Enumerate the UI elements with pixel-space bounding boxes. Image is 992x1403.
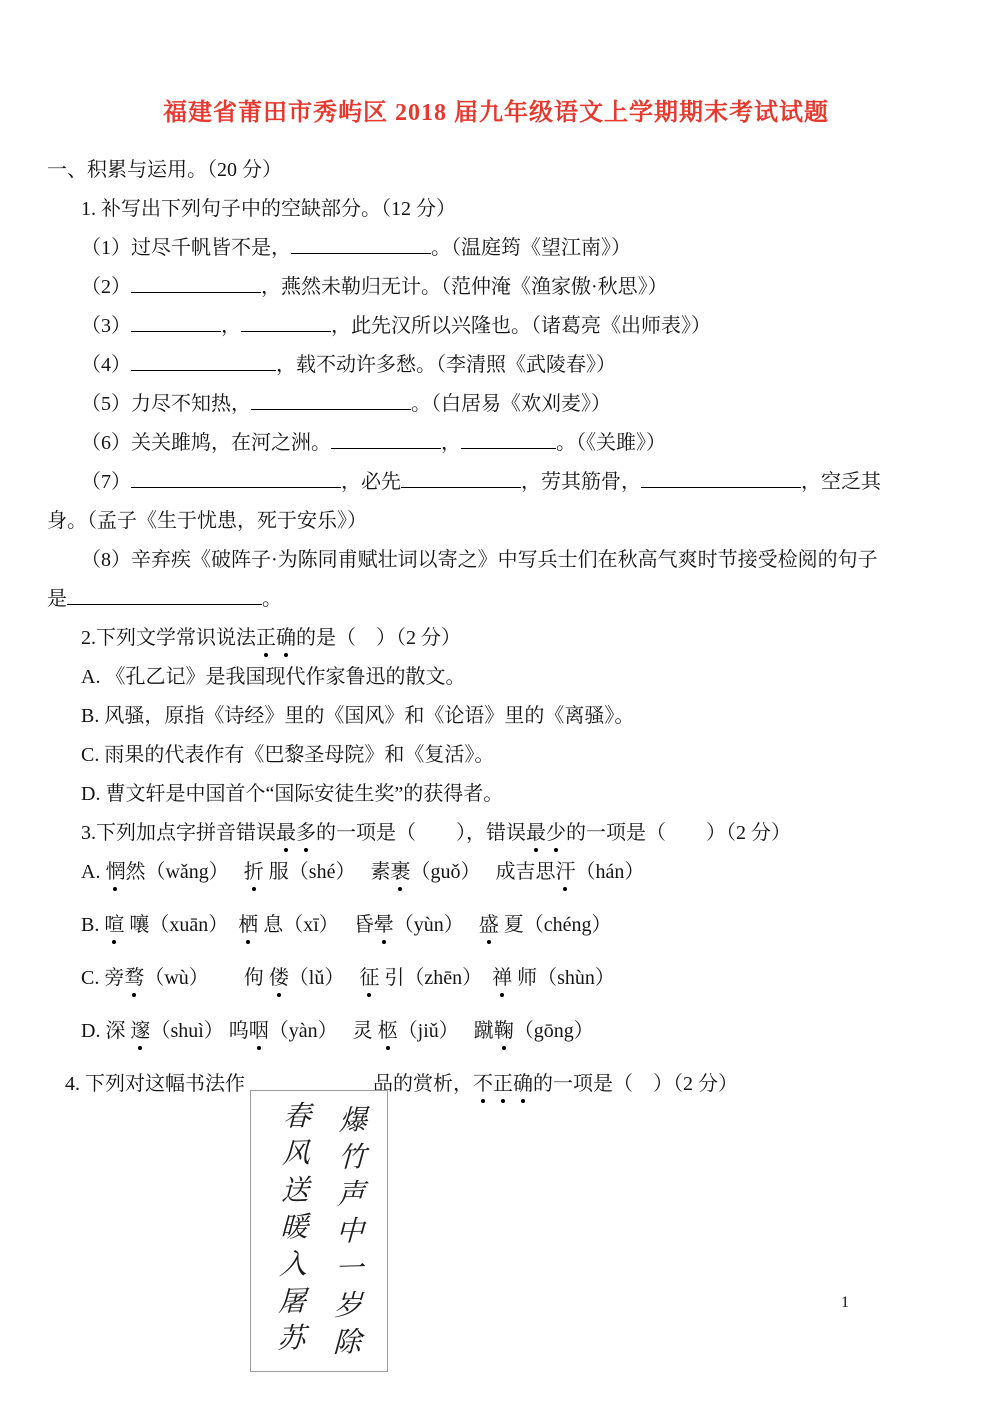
- text-run: （jiǔ） 蹴: [398, 1020, 494, 1042]
- q1-item-6: （6）关关雎鸠，在河之洲。，。（《关雎》）: [47, 424, 946, 463]
- text-run: 夏（chéng）: [499, 914, 612, 936]
- emphasized-char: 最: [276, 822, 296, 845]
- emphasized-char: 最: [526, 822, 546, 845]
- answer-blank[interactable]: [241, 310, 331, 332]
- emphasized-char: 多: [296, 822, 316, 845]
- emphasized-char: 确: [276, 627, 296, 650]
- text-run: （4）: [81, 354, 131, 376]
- q1-item-7-continuation: 身。（孟子《生于忧患，死于安乐》）: [47, 502, 946, 541]
- emphasized-char: 骛: [124, 967, 144, 990]
- text-run: D. 深: [81, 1020, 130, 1042]
- text-run: 3.下列加点字拼音错误: [81, 822, 276, 844]
- emphasized-char: 惘: [105, 861, 125, 884]
- q2-option-a: A. 《孔乙记》是我国现代作家鲁迅的散文。: [47, 658, 946, 697]
- text-run: B. 风骚，原指《诗经》里的《国风》和《论语》里的《离骚》。: [81, 705, 634, 727]
- emphasized-char: 盛: [479, 914, 499, 937]
- text-run: ，: [221, 315, 241, 337]
- q3-prompt: 3.下列加点字拼音错误最多的一项是（ ），错误最少的一项是（ ）（2 分）: [47, 814, 946, 853]
- text-run: 。（白居易《欢刈麦》）: [411, 393, 611, 415]
- q1-item-8: （8）辛弃疾《破阵子·为陈同甫赋壮词以寄之》中写兵士们在秋高气爽时节接受检阅的句…: [47, 541, 946, 580]
- text-run: 服（shé） 素: [264, 861, 391, 883]
- text-run: 是: [47, 588, 67, 610]
- emphasized-char: 汗: [555, 861, 575, 884]
- emphasized-char: 裹: [390, 861, 410, 884]
- text-run: ，空乏其: [801, 471, 881, 493]
- text-run: 息（xī） 昏: [258, 914, 374, 936]
- text-run: C. 雨果的代表作有《巴黎圣母院》和《复活》。: [81, 744, 494, 766]
- page-title: 福建省莆田市秀屿区 2018 届九年级语文上学期期末考试试题: [0, 0, 992, 127]
- emphasized-char: 栖: [238, 914, 258, 937]
- q4-prompt: 4. 下列对这幅书法作品的赏析，不正确的一项是（ ）（2 分）: [47, 1065, 946, 1104]
- text-run: （yàn） 灵: [269, 1020, 378, 1042]
- text-run: ，载不动许多愁。（李清照《武陵春》）: [276, 354, 616, 376]
- q1-item-5: （5）力尽不知热，。（白居易《欢刈麦》）: [47, 385, 946, 424]
- text-run: 的一项是（ ），错误: [316, 822, 526, 844]
- emphasized-char: 折: [244, 861, 264, 884]
- text-run: （hán）: [575, 861, 644, 883]
- text-run: 师（shùn）: [512, 967, 615, 989]
- exam-body: 一、积累与运用。（20 分）1. 补写出下列句子中的空缺部分。（12 分）（1）…: [47, 151, 946, 1104]
- answer-blank[interactable]: [131, 271, 261, 293]
- q2-option-d: D. 曹文轩是中国首个“国际安徒生奖”的获得者。: [47, 775, 946, 814]
- text-run: （8）辛弃疾《破阵子·为陈同甫赋壮词以寄之》中写兵士们在秋高气爽时节接受检阅的句…: [81, 549, 878, 571]
- page-number: 1: [841, 1293, 849, 1313]
- q1-item-2: （2），燕然未勒归无计。（范仲淹《渔家傲·秋思》）: [47, 268, 946, 307]
- q3-option-c: C. 旁骛（wù） 佝 偻（lǔ） 征 引（zhēn） 禅 师（shùn）: [47, 959, 946, 998]
- text-run: B.: [81, 914, 104, 936]
- q1-item-8-continuation: 是。: [47, 580, 946, 619]
- text-run: 。（《关雎》）: [556, 432, 666, 454]
- emphasized-char: 鞠: [494, 1020, 514, 1043]
- text-run: 。: [262, 588, 282, 610]
- emphasized-char: 确: [513, 1073, 533, 1096]
- q1-item-7: （7），必先，劳其筋骨，，空乏其: [47, 463, 946, 502]
- text-run: 1. 补写出下列句子中的空缺部分。（12 分）: [81, 198, 456, 220]
- section-1-heading: 一、积累与运用。（20 分）: [47, 151, 946, 190]
- text-run: ，燕然未勒归无计。（范仲淹《渔家傲·秋思》）: [261, 276, 668, 298]
- text-run: 品的赏析，: [373, 1073, 473, 1095]
- text-run: 的是（ ）（2 分）: [296, 627, 461, 649]
- emphasized-char: 正: [493, 1073, 513, 1096]
- q2-option-c: C. 雨果的代表作有《巴黎圣母院》和《复活》。: [47, 736, 946, 775]
- emphasized-char: 正: [256, 627, 276, 650]
- text-run: （6）关关雎鸠，在河之洲。: [81, 432, 331, 454]
- text-run: 的一项是（ ）（2 分）: [566, 822, 791, 844]
- text-run: 2.下列文学常识说法: [81, 627, 256, 649]
- text-run: （lǔ）: [289, 967, 360, 989]
- q1-prompt: 1. 补写出下列句子中的空缺部分。（12 分）: [47, 190, 946, 229]
- calligraphy-column-left: 春风送暖入屠苏: [267, 1100, 314, 1371]
- text-run: 一、积累与运用。（20 分）: [47, 159, 282, 181]
- text-run: 身。（孟子《生于忧患，死于安乐》）: [47, 510, 367, 532]
- text-run: 的一项是（ ）（2 分）: [533, 1073, 738, 1095]
- text-run: 然（wǎng）: [125, 861, 243, 883]
- emphasized-char: 喧: [104, 914, 124, 937]
- text-run: （3）: [81, 315, 131, 337]
- text-run: （gōng）: [514, 1020, 594, 1042]
- emphasized-char: 征: [359, 967, 379, 990]
- answer-blank[interactable]: [131, 349, 276, 371]
- q1-item-4: （4），载不动许多愁。（李清照《武陵春》）: [47, 346, 946, 385]
- emphasized-char: 咽: [249, 1020, 269, 1043]
- calligraphy-image: 爆竹声中一岁除 春风送暖入屠苏: [250, 1090, 388, 1372]
- q3-option-a: A. 惘然（wǎng） 折 服（shé） 素裹（guǒ） 成吉思汗（hán）: [47, 853, 946, 892]
- exam-page: 福建省莆田市秀屿区 2018 届九年级语文上学期期末考试试题 一、积累与运用。（…: [0, 0, 992, 1403]
- emphasized-char: 邃: [130, 1020, 150, 1043]
- emphasized-char: 禅: [492, 967, 512, 990]
- q3-option-d: D. 深 邃（shuì） 呜咽（yàn） 灵 柩（jiǔ） 蹴鞠（gōng）: [47, 1012, 946, 1051]
- text-run: ，必先: [341, 471, 401, 493]
- text-run: （wù） 佝: [144, 967, 268, 989]
- answer-blank[interactable]: [291, 232, 431, 254]
- answer-blank[interactable]: [67, 583, 262, 605]
- q2-option-b: B. 风骚，原指《诗经》里的《国风》和《论语》里的《离骚》。: [47, 697, 946, 736]
- text-run: （1）过尽千帆皆不是，: [81, 237, 291, 259]
- text-run: （5）力尽不知热，: [81, 393, 251, 415]
- emphasized-char: 偻: [269, 967, 289, 990]
- text-run: ，: [441, 432, 461, 454]
- text-run: （yùn）: [394, 914, 479, 936]
- answer-blank[interactable]: [331, 427, 441, 449]
- text-run: （2）: [81, 276, 131, 298]
- answer-blank[interactable]: [641, 466, 801, 488]
- text-run: ，此先汉所以兴隆也。（诸葛亮《出师表》）: [331, 315, 711, 337]
- answer-blank[interactable]: [131, 310, 221, 332]
- answer-blank[interactable]: [401, 466, 521, 488]
- text-run: D. 曹文轩是中国首个“国际安徒生奖”的获得者。: [81, 783, 503, 805]
- emphasized-char: 不: [473, 1073, 493, 1096]
- emphasized-char: 柩: [378, 1020, 398, 1043]
- text-run: 。（温庭筠《望江南》）: [431, 237, 631, 259]
- text-run: C. 旁: [81, 967, 124, 989]
- text-run: （7）: [81, 471, 131, 493]
- text-run: 嚷（xuān）: [124, 914, 238, 936]
- text-run: A.: [81, 861, 105, 883]
- answer-blank[interactable]: [131, 466, 341, 488]
- emphasized-char: 少: [546, 822, 566, 845]
- calligraphy-column-right: 爆竹声中一岁除: [324, 1104, 371, 1371]
- text-run: 4. 下列对这幅书法作: [65, 1073, 245, 1095]
- text-run: ，劳其筋骨，: [521, 471, 641, 493]
- answer-blank[interactable]: [251, 388, 411, 410]
- q1-item-1: （1）过尽千帆皆不是，。（温庭筠《望江南》）: [47, 229, 946, 268]
- text-run: 引（zhēn）: [379, 967, 492, 989]
- q1-item-3: （3），，此先汉所以兴隆也。（诸葛亮《出师表》）: [47, 307, 946, 346]
- q3-option-b: B. 喧 嚷（xuān） 栖 息（xī） 昏晕（yùn） 盛 夏（chéng）: [47, 906, 946, 945]
- emphasized-char: 晕: [374, 914, 394, 937]
- answer-blank[interactable]: [461, 427, 556, 449]
- text-run: （guǒ） 成吉思: [410, 861, 555, 883]
- text-run: A. 《孔乙记》是我国现代作家鲁迅的散文。: [81, 666, 465, 688]
- q2-prompt: 2.下列文学常识说法正确的是（ ）（2 分）: [47, 619, 946, 658]
- text-run: （shuì） 呜: [150, 1020, 248, 1042]
